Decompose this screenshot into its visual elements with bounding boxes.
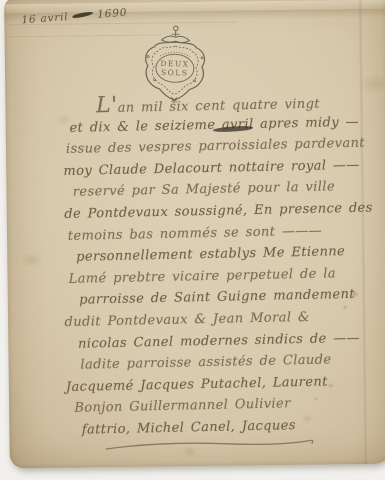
stamp-value-line2: SOLS (161, 68, 189, 78)
document-scan: 16 avril1690 DEUX SOLS (0, 0, 385, 480)
manuscript-text: L'an mil six cent quatre vingt et dix & … (60, 90, 373, 442)
manuscript-page: 16 avril1690 DEUX SOLS (4, 0, 385, 468)
crossed-out-scribble (72, 11, 94, 19)
signature-flourish (104, 435, 318, 450)
date-year: 1690 (97, 7, 128, 21)
